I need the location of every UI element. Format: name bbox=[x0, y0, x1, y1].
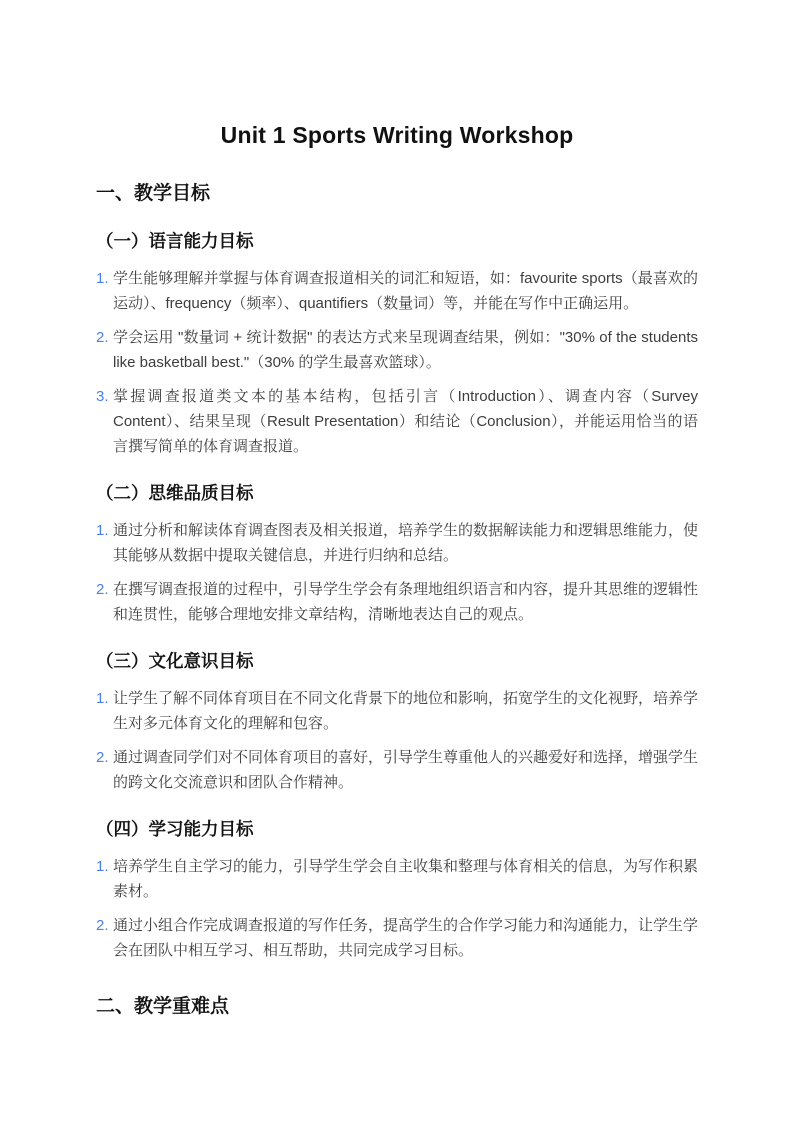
list-item: 2. 学会运用 "数量词 + 统计数据" 的表达方式来呈现调查结果，例如："30… bbox=[96, 325, 698, 375]
goal-list-thinking-quality: 1. 通过分析和解读体育调查图表及相关报道，培养学生的数据解读能力和逻辑思维能力… bbox=[96, 518, 698, 627]
goal-list-learning-ability: 1. 培养学生自主学习的能力，引导学生学会自主收集和整理与体育相关的信息，为写作… bbox=[96, 854, 698, 963]
list-item: 2. 在撰写调查报道的过程中，引导学生学会有条理地组织语言和内容，提升其思维的逻… bbox=[96, 577, 698, 627]
list-item-text: 学会运用 "数量词 + 统计数据" 的表达方式来呈现调查结果，例如："30% o… bbox=[113, 325, 698, 375]
goal-list-cultural-awareness: 1. 让学生了解不同体育项目在不同文化背景下的地位和影响，拓宽学生的文化视野，培… bbox=[96, 686, 698, 795]
list-item-text: 通过调查同学们对不同体育项目的喜好，引导学生尊重他人的兴趣爱好和选择，增强学生的… bbox=[113, 745, 698, 795]
subsection-heading-thinking-quality: （二）思维品质目标 bbox=[96, 481, 698, 506]
list-item-text: 培养学生自主学习的能力，引导学生学会自主收集和整理与体育相关的信息，为写作积累素… bbox=[113, 854, 698, 904]
list-item-number: 1. bbox=[96, 266, 113, 291]
section-heading-key-difficult-points: 二、教学重难点 bbox=[96, 993, 698, 1020]
list-item-number: 1. bbox=[96, 518, 113, 543]
list-item: 2. 通过调查同学们对不同体育项目的喜好，引导学生尊重他人的兴趣爱好和选择，增强… bbox=[96, 745, 698, 795]
section-heading-teaching-objectives: 一、教学目标 bbox=[96, 180, 698, 207]
list-item-text: 通过小组合作完成调查报道的写作任务，提高学生的合作学习能力和沟通能力，让学生学会… bbox=[113, 913, 698, 963]
list-item-text: 通过分析和解读体育调查图表及相关报道，培养学生的数据解读能力和逻辑思维能力，使其… bbox=[113, 518, 698, 568]
list-item-number: 2. bbox=[96, 913, 113, 938]
document-title: Unit 1 Sports Writing Workshop bbox=[96, 120, 698, 150]
list-item-number: 3. bbox=[96, 384, 113, 409]
list-item: 1. 学生能够理解并掌握与体育调查报道相关的词汇和短语，如：favourite … bbox=[96, 266, 698, 316]
subsection-heading-cultural-awareness: （三）文化意识目标 bbox=[96, 649, 698, 674]
list-item: 1. 培养学生自主学习的能力，引导学生学会自主收集和整理与体育相关的信息，为写作… bbox=[96, 854, 698, 904]
list-item: 2. 通过小组合作完成调查报道的写作任务，提高学生的合作学习能力和沟通能力，让学… bbox=[96, 913, 698, 963]
list-item-number: 2. bbox=[96, 577, 113, 602]
list-item: 1. 通过分析和解读体育调查图表及相关报道，培养学生的数据解读能力和逻辑思维能力… bbox=[96, 518, 698, 568]
goal-list-language-ability: 1. 学生能够理解并掌握与体育调查报道相关的词汇和短语，如：favourite … bbox=[96, 266, 698, 459]
list-item-text: 在撰写调查报道的过程中，引导学生学会有条理地组织语言和内容，提升其思维的逻辑性和… bbox=[113, 577, 698, 627]
list-item-text: 让学生了解不同体育项目在不同文化背景下的地位和影响，拓宽学生的文化视野，培养学生… bbox=[113, 686, 698, 736]
list-item-number: 2. bbox=[96, 745, 113, 770]
list-item: 3. 掌握调查报道类文本的基本结构，包括引言（Introduction）、调查内… bbox=[96, 384, 698, 459]
list-item-text: 学生能够理解并掌握与体育调查报道相关的词汇和短语，如：favourite spo… bbox=[113, 266, 698, 316]
subsection-heading-language-ability: （一）语言能力目标 bbox=[96, 229, 698, 254]
list-item-number: 1. bbox=[96, 686, 113, 711]
list-item-number: 2. bbox=[96, 325, 113, 350]
list-item-number: 1. bbox=[96, 854, 113, 879]
list-item: 1. 让学生了解不同体育项目在不同文化背景下的地位和影响，拓宽学生的文化视野，培… bbox=[96, 686, 698, 736]
document-page: Unit 1 Sports Writing Workshop 一、教学目标 （一… bbox=[0, 0, 794, 1123]
subsection-heading-learning-ability: （四）学习能力目标 bbox=[96, 817, 698, 842]
list-item-text: 掌握调查报道类文本的基本结构，包括引言（Introduction）、调查内容（S… bbox=[113, 384, 698, 459]
